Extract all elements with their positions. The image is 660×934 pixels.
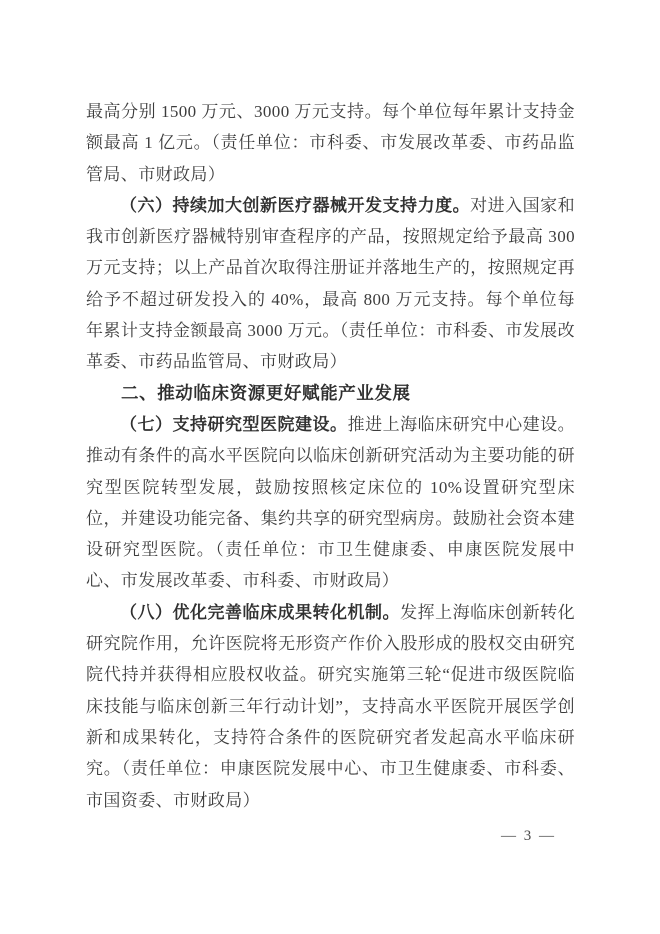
paragraph-item-8: （八）优化完善临床成果转化机制。发挥上海临床创新转化研究院作用，允许医院将无形资… <box>86 597 575 816</box>
paragraph-continuation: 最高分别 1500 万元、3000 万元支持。每个单位每年累计支持金额最高 1 … <box>86 96 575 190</box>
item-6-lead: （六）持续加大创新医疗器械开发支持力度。 <box>120 196 470 215</box>
document-body: 最高分别 1500 万元、3000 万元支持。每个单位每年累计支持金额最高 1 … <box>86 96 575 816</box>
item-6-body: 对进入国家和我市创新医疗器械特别审查程序的产品，按照规定给予最高 300 万元支… <box>86 196 575 371</box>
item-7-body: 推进上海临床研究中心建设。推动有条件的高水平医院向以临床创新研究活动为主要功能的… <box>86 415 575 590</box>
item-8-lead: （八）优化完善临床成果转化机制。 <box>120 603 400 622</box>
document-page: 最高分别 1500 万元、3000 万元支持。每个单位每年累计支持金额最高 1 … <box>0 0 660 934</box>
paragraph-item-7: （七）支持研究型医院建设。推进上海临床研究中心建设。推动有条件的高水平医院向以临… <box>86 409 575 597</box>
item-8-body: 发挥上海临床创新转化研究院作用，允许医院将无形资产作价入股形成的股权交由研究院代… <box>86 603 575 810</box>
page-number: — 3 — <box>501 826 556 846</box>
paragraph-item-6: （六）持续加大创新医疗器械开发支持力度。对进入国家和我市创新医疗器械特别审查程序… <box>86 190 575 378</box>
item-7-lead: （七）支持研究型医院建设。 <box>120 415 348 434</box>
section-2-heading: 二、推动临床资源更好赋能产业发展 <box>86 378 575 409</box>
